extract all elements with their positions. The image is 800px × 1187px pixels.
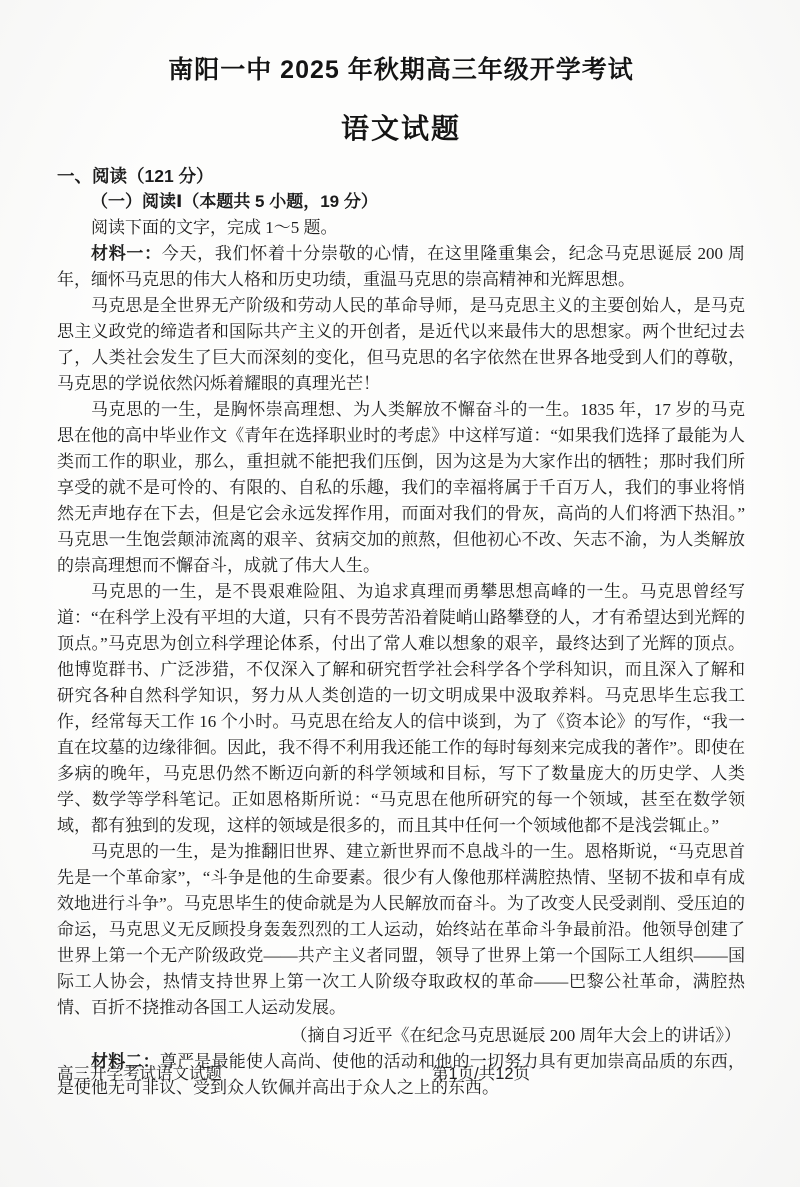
material1-paragraph-5: 马克思的一生，是为推翻旧世界、建立新世界而不息战斗的一生。恩格斯说，“马克思首先… (57, 839, 745, 1021)
exam-paper-page: 南阳一中 2025 年秋期高三年级开学考试 语文试题 一、阅读（121 分） （… (0, 0, 800, 1187)
material1-paragraph-1: 材料一：今天，我们怀着十分崇敬的心情，在这里隆重集会，纪念马克思诞辰 200 周… (57, 241, 745, 293)
footer-page-number: 第1页/共12页 (432, 1060, 530, 1084)
part-heading-reading-1: （一）阅读Ⅰ（本题共 5 小题，19 分） (57, 189, 745, 215)
reading-instruction: 阅读下面的文字，完成 1～5 题。 (57, 215, 745, 241)
material1-paragraph-3: 马克思的一生，是胸怀崇高理想、为人类解放不懈奋斗的一生。1835 年，17 岁的… (57, 397, 745, 579)
material1-paragraph-2: 马克思是全世界无产阶级和劳动人民的革命导师，是马克思主义的主要创始人，是马克思主… (57, 293, 745, 397)
material1-paragraph-4: 马克思的一生，是不畏艰难险阻、为追求真理而勇攀思想高峰的一生。马克思曾经写道：“… (57, 579, 745, 839)
footer-document-title: 高三开学考试语文试题 (57, 1060, 222, 1084)
exam-title: 南阳一中 2025 年秋期高三年级开学考试 (57, 50, 745, 86)
page-footer: 高三开学考试语文试题 第1页/共12页 (57, 1060, 745, 1084)
material1-label: 材料一： (91, 244, 162, 263)
material1-source-citation: （摘自习近平《在纪念马克思诞辰 200 周年大会上的讲话》） (57, 1023, 745, 1049)
section-heading-reading: 一、阅读（121 分） (57, 163, 745, 189)
exam-subtitle: 语文试题 (57, 107, 745, 147)
